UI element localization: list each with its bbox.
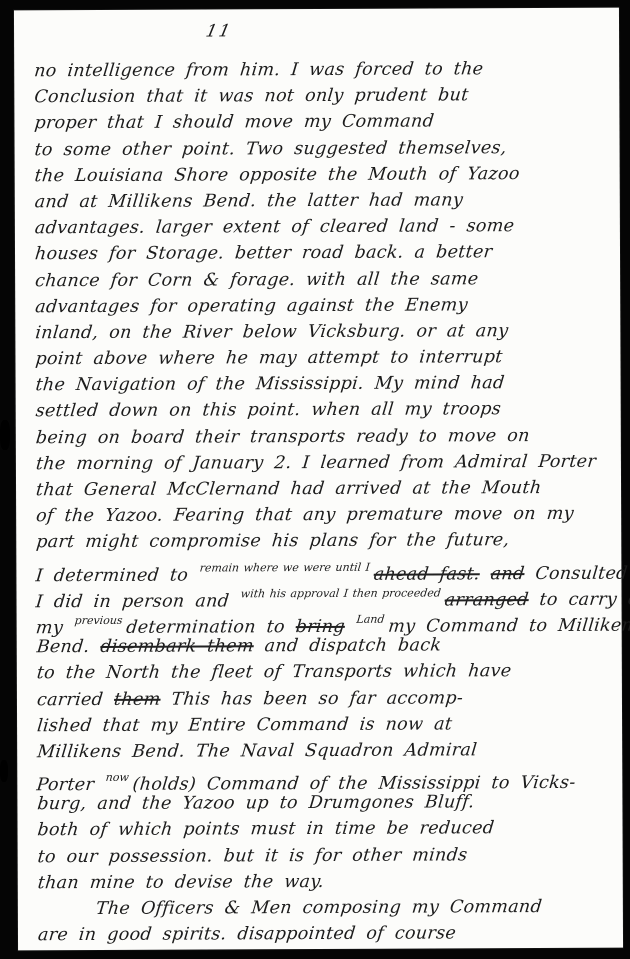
handwritten-text: of the Yazoo. Fearing that any premature…: [35, 504, 575, 526]
text-line: Porter now (holds) Command of the Missis…: [36, 763, 614, 792]
handwritten-text: carried: [36, 689, 115, 709]
text-line: inland, on the River below Vicksburg. or…: [34, 318, 612, 347]
text-line: to the North the fleet of Transports whi…: [36, 658, 614, 687]
handwritten-text: This has been so far accomp-: [160, 688, 465, 709]
handwritten-text: to some other point. Two suggested thems…: [34, 138, 508, 160]
handwritten-text: point above where he may attempt to inte…: [34, 347, 503, 369]
handwritten-text: The Officers & Men composing my Command: [95, 897, 543, 919]
handwritten-text: advantages for operating against the Ene…: [34, 295, 469, 317]
text-line: advantages for operating against the Ene…: [34, 291, 612, 320]
text-line: the Navigation of the Mississippi. My mi…: [34, 370, 612, 399]
handwritten-text: houses for Storage. better road back. a …: [34, 243, 493, 265]
text-line: settled down on this point. when all my …: [34, 396, 612, 425]
struck-text: disembark them: [99, 636, 254, 657]
handwritten-text: settled down on this point. when all my …: [35, 400, 502, 422]
handwritten-text: being on board their transports ready to…: [35, 426, 531, 448]
handwritten-text: proper that I should move my Command: [33, 112, 435, 134]
handwritten-text: chance for Corn & forage. with all the s…: [34, 269, 479, 291]
scanned-document-background: 11 no intelligence from him. I was force…: [0, 0, 630, 959]
text-line: my previous determination to bring Land …: [35, 606, 613, 635]
handwritten-text: than mine to devise the way.: [37, 872, 325, 893]
text-line: being on board their transports ready to…: [34, 422, 612, 451]
text-line: part might compromise his plans for the …: [35, 527, 613, 556]
scan-artifact: [0, 420, 10, 450]
manuscript-page: 11 no intelligence from him. I was force…: [14, 8, 623, 951]
handwritten-text: Conclusion that it was not only prudent …: [33, 86, 469, 108]
handwritten-text: and dispatch back: [253, 636, 443, 657]
text-line: than mine to devise the way.: [36, 868, 614, 897]
text-line: I did in person and with his approval I …: [35, 579, 613, 608]
struck-text: them: [113, 689, 161, 709]
handwritten-text: advantages. larger extent of cleared lan…: [34, 216, 515, 238]
handwritten-text: inland, on the River below Vicksburg. or…: [34, 321, 509, 343]
text-line: carried them This has been so far accomp…: [36, 684, 614, 713]
text-line: I determined to remain where we were unt…: [35, 553, 613, 582]
handwritten-text: the Louisiana Shore opposite the Mouth o…: [34, 164, 521, 186]
scan-artifact: [0, 760, 8, 782]
text-line: that General McClernand had arrived at t…: [35, 475, 613, 504]
handwritten-text: burg, and the Yazoo up to Drumgones Bluf…: [36, 793, 475, 815]
text-line: and at Millikens Bend. the latter had ma…: [33, 187, 611, 216]
handwritten-text: lished that my Entire Command is now at: [36, 714, 453, 736]
interlinear-insertion: remain where we were until I: [199, 560, 375, 574]
text-line: both of which points must in time be red…: [36, 815, 614, 844]
interlinear-insertion: previous: [74, 614, 128, 627]
text-line: the Louisiana Shore opposite the Mouth o…: [33, 160, 611, 189]
text-line: to some other point. Two suggested thems…: [33, 134, 611, 163]
text-line: chance for Corn & forage. with all the s…: [34, 265, 612, 294]
text-line: burg, and the Yazoo up to Drumgones Bluf…: [36, 789, 614, 818]
handwritten-text: both of which points must in time be red…: [37, 819, 496, 841]
text-line: are in good spirits. disappointed of cou…: [37, 920, 615, 949]
handwritten-text: to our possession. but it is for other m…: [37, 845, 469, 867]
manuscript-text: no intelligence from him. I was forced t…: [34, 56, 613, 949]
text-line: point above where he may attempt to inte…: [34, 344, 612, 373]
text-line: lished that my Entire Command is now at: [36, 710, 614, 739]
text-line: Bend. disembark them and dispatch back: [35, 632, 613, 661]
interlinear-insertion: now: [105, 771, 134, 784]
handwritten-text: the morning of January 2. I learned from…: [35, 452, 597, 474]
handwritten-text: and at Millikens Bend. the latter had ma…: [34, 190, 464, 212]
handwritten-text: Millikens Bend. The Naval Squadron Admir…: [36, 740, 478, 762]
interlinear-insertion: with his approval I then proceeded: [240, 586, 446, 600]
text-line: of the Yazoo. Fearing that any premature…: [35, 501, 613, 530]
handwritten-text: are in good spirits. disappointed of cou…: [37, 924, 457, 946]
page-number: 11: [204, 21, 234, 41]
text-line: advantages. larger extent of cleared lan…: [34, 213, 612, 242]
handwritten-text: Bend.: [36, 637, 102, 657]
text-line: to our possession. but it is for other m…: [36, 841, 614, 870]
text-line: no intelligence from him. I was forced t…: [33, 56, 611, 85]
text-line: Conclusion that it was not only prudent …: [33, 82, 611, 111]
interlinear-insertion: Land: [356, 613, 390, 626]
handwritten-text: part might compromise his plans for the …: [35, 531, 510, 553]
handwritten-text: the Navigation of the Mississippi. My mi…: [35, 373, 506, 395]
text-line: The Officers & Men composing my Command: [37, 894, 615, 923]
handwritten-text: that General McClernand had arrived at t…: [35, 478, 542, 500]
handwritten-text: no intelligence from him. I was forced t…: [33, 59, 484, 81]
text-line: proper that I should move my Command: [33, 108, 611, 137]
text-line: Millikens Bend. The Naval Squadron Admir…: [36, 737, 614, 766]
handwritten-text: to the North the fleet of Transports whi…: [36, 661, 513, 683]
text-line: houses for Storage. better road back. a …: [34, 239, 612, 268]
text-line: the morning of January 2. I learned from…: [35, 449, 613, 478]
